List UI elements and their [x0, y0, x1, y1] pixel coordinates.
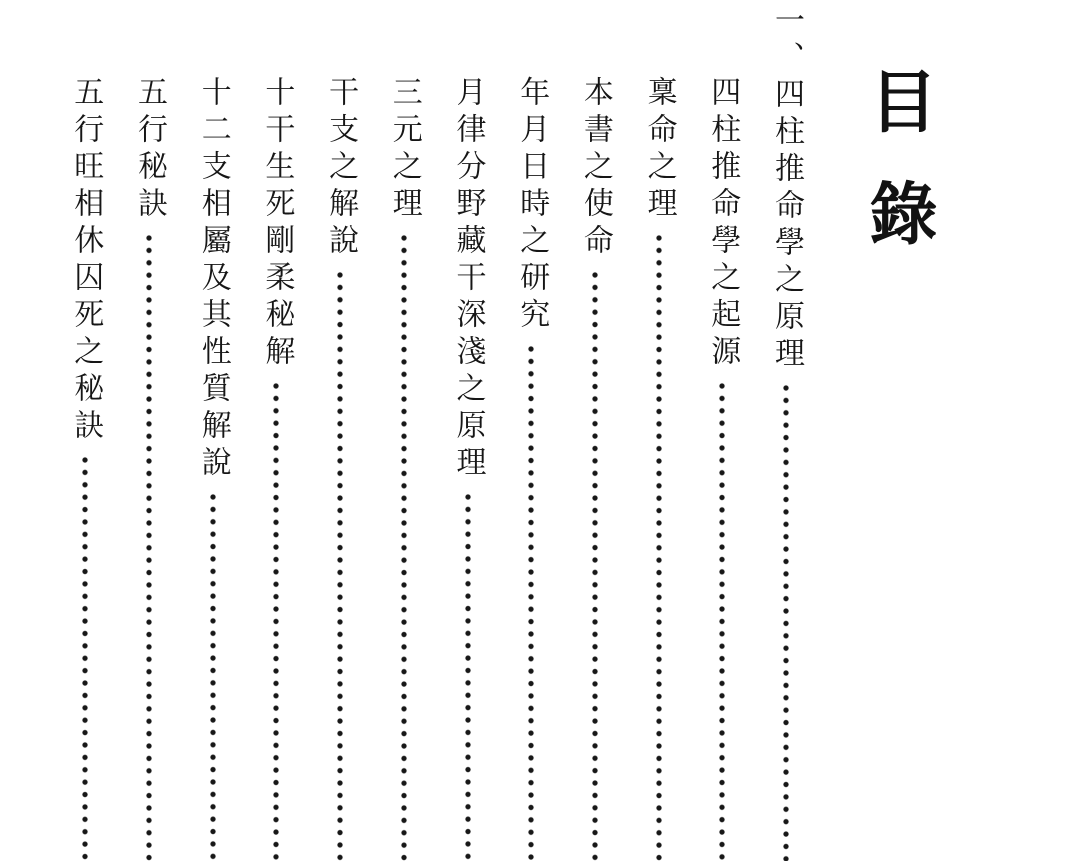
- toc-entry: 本書之使命: [577, 76, 613, 861]
- toc-entry: 干支之解說: [322, 76, 358, 861]
- toc-entry: 十干生死剛柔秘解: [258, 76, 294, 861]
- toc-entry-text: 五行秘訣: [131, 76, 167, 224]
- toc-entry-text: 本書之使命: [577, 76, 613, 261]
- toc-entry-text: 年月日時之研究: [513, 76, 549, 335]
- dotted-leader: [333, 270, 347, 861]
- dotted-leader: [588, 270, 602, 861]
- toc-entry: 年月日時之研究: [513, 76, 549, 861]
- toc-entry-text: 一、四柱推命學之原理: [768, 4, 804, 374]
- toc-entry: 五行秘訣: [131, 76, 167, 861]
- dotted-leader: [715, 381, 729, 861]
- toc-entry-text: 三元之理: [386, 76, 422, 224]
- dotted-leader: [142, 233, 156, 861]
- toc-entry: 稟命之理: [641, 76, 677, 861]
- toc-entry: 一、四柱推命學之原理: [768, 4, 804, 861]
- dotted-leader: [397, 233, 411, 861]
- dotted-leader: [461, 492, 475, 861]
- page-title: 目錄: [864, 66, 932, 290]
- dotted-leader: [652, 233, 666, 861]
- toc-entry-text: 十干生死剛柔秘解: [258, 76, 294, 372]
- dotted-leader: [78, 455, 92, 861]
- toc-entry: 三元之理: [386, 76, 422, 861]
- toc-entry: 十二支相屬及其性質解說: [195, 76, 231, 861]
- dotted-leader: [524, 344, 538, 861]
- toc-entry-text: 五行旺相休囚死之秘訣: [67, 76, 103, 446]
- toc-entry: 月律分野藏干深淺之原理: [450, 76, 486, 861]
- dotted-leader: [269, 381, 283, 861]
- toc-entry-text: 月律分野藏干深淺之原理: [450, 76, 486, 483]
- toc-entry-text: 十二支相屬及其性質解說: [195, 76, 231, 483]
- toc-page: 目錄 一、四柱推命學之原理四柱推命學之起源稟命之理本書之使命年月日時之研究月律分…: [0, 0, 1089, 861]
- toc-entry: 五行旺相休囚死之秘訣: [67, 76, 103, 861]
- toc-entry-text: 四柱推命學之起源: [704, 76, 740, 372]
- dotted-leader: [779, 383, 793, 861]
- toc-entry-text: 干支之解說: [322, 76, 358, 261]
- dotted-leader: [206, 492, 220, 861]
- toc-entry: 四柱推命學之起源: [704, 76, 740, 861]
- toc-entry-text: 稟命之理: [641, 76, 677, 224]
